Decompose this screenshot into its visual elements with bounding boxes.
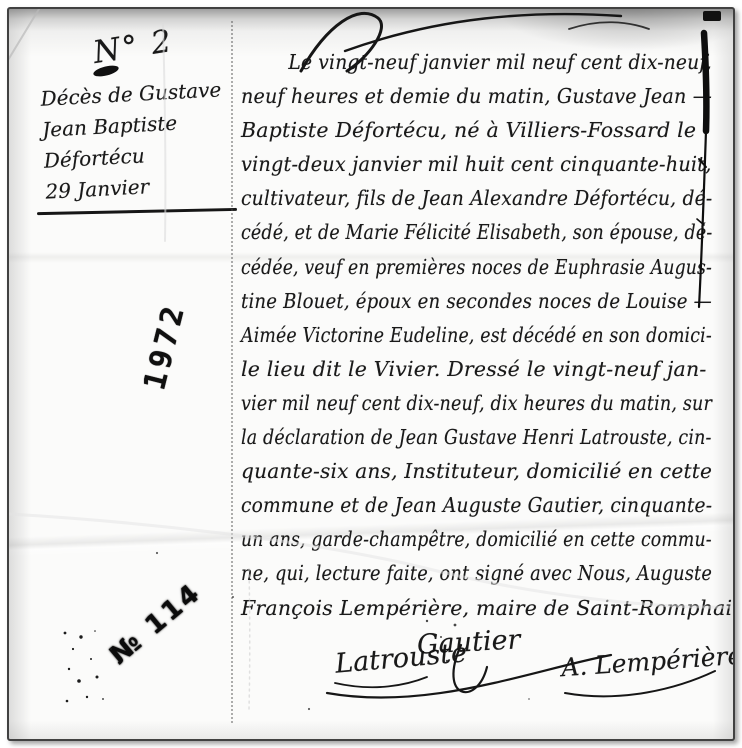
number-stamp: № 114 <box>104 577 207 670</box>
margin-rule-dotted-line <box>231 21 233 723</box>
body-line: ne, qui, lecture faite, ont signé avec N… <box>241 556 650 590</box>
body-line: Aimée Victorine Eudeline, est décédé en … <box>241 318 639 352</box>
body-line: le lieu dit le Vivier. Dressé le vingt-n… <box>241 352 712 386</box>
margin-act-number: N° 2 <box>91 23 176 71</box>
year-stamp: 1972 <box>134 284 197 409</box>
body-line: Baptiste Défortécu, né à Villiers-Fossar… <box>241 113 712 147</box>
signature-lemperiere: A. Lempérière <box>560 641 735 683</box>
scan-frame: N° 2 Décès de Gustave Jean Baptiste Défo… <box>7 7 735 741</box>
margin-underline <box>37 208 237 215</box>
body-line: cédé, et de Marie Félicité Elisabeth, so… <box>241 215 641 249</box>
body-line: un ans, garde-champêtre, domicilié en ce… <box>241 522 638 556</box>
body-line: François Lempérière, maire de Saint-Romp… <box>241 591 712 625</box>
margin-note-block: Décès de Gustave Jean Baptiste Défortécu… <box>40 74 227 207</box>
body-line: quante-six ans, Instituteur, domicilié e… <box>241 454 703 488</box>
body-line: neuf heures et demie du matin, Gustave J… <box>241 79 680 113</box>
scanned-death-record-page: { "colors": { "ink": "#1a1a1a", "paper":… <box>0 0 742 748</box>
body-line: vier mil neuf cent dix-neuf, dix heures … <box>241 386 644 420</box>
body-line: tine Blouet, époux en secondes noces de … <box>241 284 657 318</box>
body-line: la déclaration de Jean Gustave Henri Lat… <box>241 420 642 454</box>
body-line: commune et de Jean Auguste Gautier, cinq… <box>241 488 668 522</box>
body-line: cultivateur, fils de Jean Alexandre Défo… <box>241 181 671 215</box>
body-line: Le vingt-neuf janvier mil neuf cent dix-… <box>241 45 670 79</box>
body-line: vingt-deux janvier mil huit cent cinquan… <box>241 147 684 181</box>
act-body-text: Le vingt-neuf janvier mil neuf cent dix-… <box>241 45 712 625</box>
body-line: cédée, veuf en premières noces de Euphra… <box>241 250 636 284</box>
signature-gautier: Gautier <box>416 624 521 660</box>
